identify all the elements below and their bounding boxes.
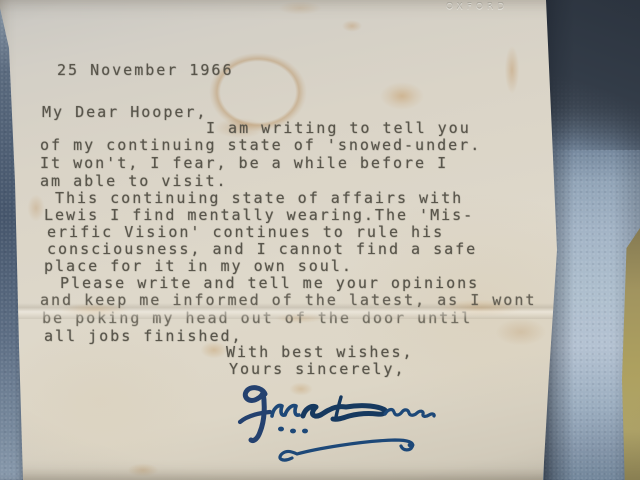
typed-line: I am writing to tell you [206,121,471,136]
typed-line: Lewis I find mentally wearing.The 'Mis- [44,208,474,223]
typed-line: all jobs finished, [44,329,243,344]
typed-line: place for it in my own soul. [44,259,353,274]
typed-line: of my continuing state of 'snowed-under. [40,138,481,153]
tolkien-signature [235,384,445,468]
letter-paper: OXFORD 25 November 1966 My Dear Hooper, … [0,0,640,480]
closing-line: Yours sincerely, [229,362,406,377]
fold-crease [8,303,558,319]
typed-line: It won't, I fear, be a while before I [40,156,448,171]
typed-line: This continuing state of affairs with [55,191,463,206]
typed-line: Please write and tell me your opinions [60,276,479,291]
salutation-line: My Dear Hooper, [42,105,207,120]
typed-line: consciousness, and I cannot find a safe [47,242,477,257]
embossed-letterhead: OXFORD [446,2,508,12]
closing-line: With best wishes, [226,345,414,360]
date-line: 25 November 1966 [57,63,234,78]
typed-line: erific Vision' continues to rule his [47,225,444,240]
photo-of-letter: OXFORD 25 November 1966 My Dear Hooper, … [0,0,640,480]
typed-line: am able to visit. [40,174,228,189]
